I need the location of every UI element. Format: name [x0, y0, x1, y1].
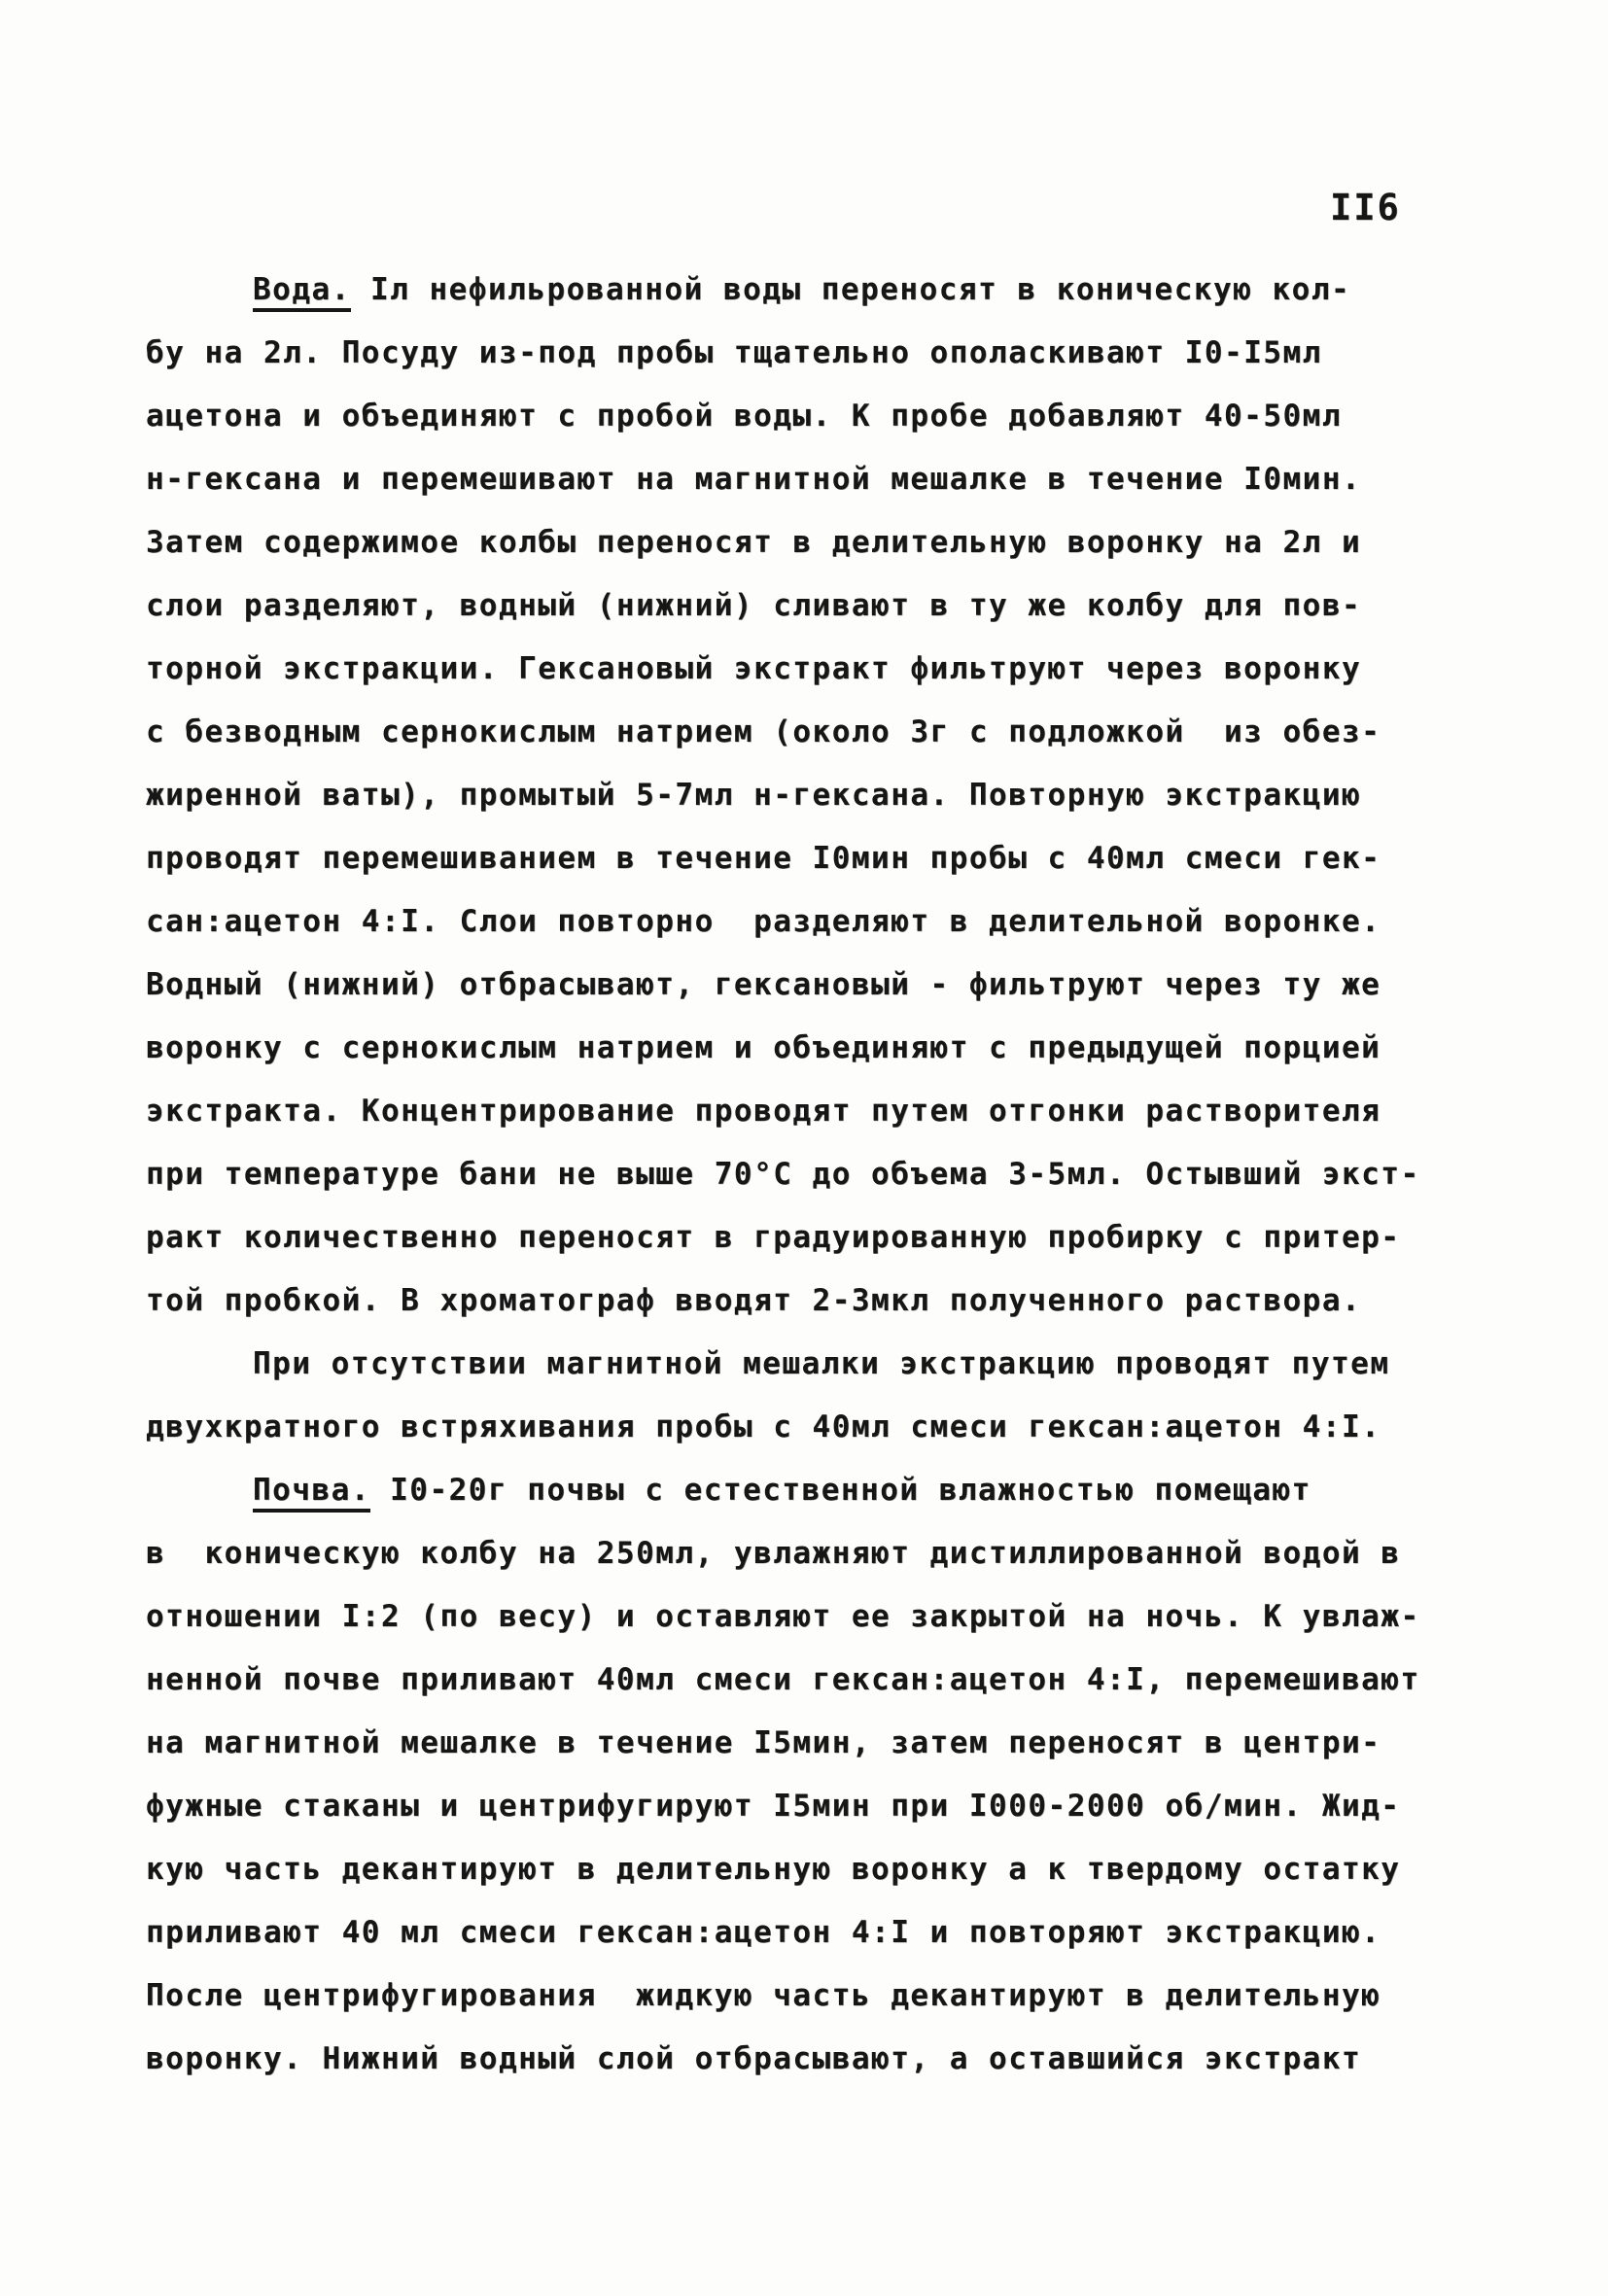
text-line: бу на 2л. Посуду из-под пробы тщательно …	[146, 322, 1536, 385]
line-text: Iл нефильрованной воды переносят в конич…	[351, 272, 1350, 307]
text-line: Вода. Iл нефильрованной воды переносят в…	[146, 259, 1536, 322]
text-line: проводят перемешиванием в течение I0мин …	[146, 827, 1536, 890]
text-line: Водный (нижний) отбрасывают, гексановый …	[146, 954, 1536, 1017]
text-line: После центрифугирования жидкую часть дек…	[146, 1965, 1536, 2028]
text-line: воронку. Нижний водный слой отбрасывают,…	[146, 2028, 1536, 2091]
text-line: сан:ацетон 4:I. Слои повторно разделяют …	[146, 890, 1536, 954]
text-line: на магнитной мешалке в течение I5мин, за…	[146, 1712, 1536, 1775]
text-line: Почва. I0-20г почвы с естественной влажн…	[146, 1459, 1536, 1522]
text-line: приливают 40 мл смеси гексан:ацетон 4:I …	[146, 1901, 1536, 1965]
text-line: фужные стаканы и центрифугируют I5мин пр…	[146, 1775, 1536, 1838]
text-line: той пробкой. В хроматограф вводят 2-3мкл…	[146, 1270, 1536, 1333]
text-line: ракт количественно переносят в градуиров…	[146, 1206, 1536, 1270]
text-line: торной экстракции. Гексановый экстракт ф…	[146, 638, 1536, 701]
text-line: При отсутствии магнитной мешалки экстрак…	[146, 1333, 1536, 1396]
text-line: отношении I:2 (по весу) и оставляют ее з…	[146, 1585, 1536, 1649]
text-line: воронку с сернокислым натрием и объединя…	[146, 1017, 1536, 1080]
page-number: II6	[1330, 187, 1401, 228]
underlined-term: Почва.	[253, 1473, 370, 1513]
text-line: н-гексана и перемешивают на магнитной ме…	[146, 448, 1536, 511]
text-line: при температуре бани не выше 70°С до объ…	[146, 1143, 1536, 1206]
line-text: I0-20г почвы с естественной влажностью п…	[370, 1473, 1311, 1508]
text-line: ацетона и объединяют с пробой воды. К пр…	[146, 385, 1536, 448]
text-line: Затем содержимое колбы переносят в делит…	[146, 511, 1536, 574]
text-line: экстракта. Концентрирование проводят пут…	[146, 1080, 1536, 1143]
scanned-document-page: II6 Вода. Iл нефильрованной воды перенос…	[0, 0, 1608, 2296]
text-line: кую часть декантируют в делительную воро…	[146, 1838, 1536, 1901]
underlined-term: Вода.	[253, 272, 351, 312]
text-line: в коническую колбу на 250мл, увлажняют д…	[146, 1522, 1536, 1585]
text-line: слои разделяют, водный (нижний) сливают …	[146, 574, 1536, 638]
text-line: двухкратного встряхивания пробы с 40мл с…	[146, 1396, 1536, 1459]
document-body: Вода. Iл нефильрованной воды переносят в…	[146, 259, 1536, 2091]
text-line: жиренной ваты), промытый 5-7мл н-гексана…	[146, 764, 1536, 827]
text-line: ненной почве приливают 40мл смеси гексан…	[146, 1649, 1536, 1712]
text-line: с безводным сернокислым натрием (около 3…	[146, 701, 1536, 764]
